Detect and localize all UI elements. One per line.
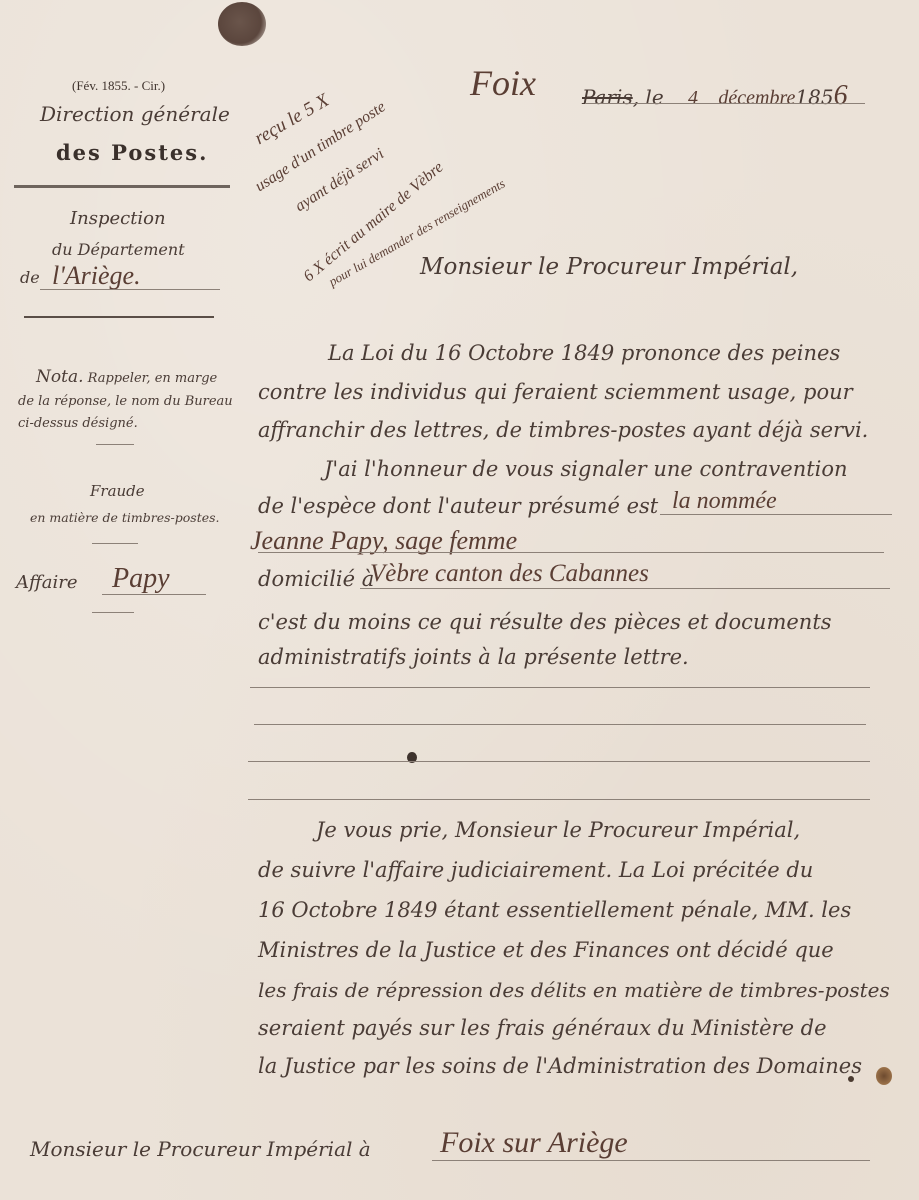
dateline: Paris, le 4 décembre1856	[582, 80, 848, 112]
body-p2-l6: administratifs joints à la présente lett…	[258, 645, 689, 669]
nota-divider	[96, 444, 134, 445]
nota-text-1: Rappeler, en marge	[88, 371, 218, 386]
nota-line1: Nota. Rappeler, en marge	[36, 367, 217, 387]
fraude-subtitle: en matière de timbres-postes.	[30, 510, 220, 525]
dateline-place-struck: Paris	[582, 85, 633, 109]
footer-underline	[432, 1160, 870, 1161]
inspection-label: Inspection	[70, 208, 166, 229]
body-p2-l2-underline	[660, 514, 892, 515]
blank-line-1	[250, 687, 870, 688]
dateline-le: , le	[633, 85, 664, 109]
salutation: Monsieur le Procureur Impérial,	[420, 254, 798, 280]
ink-stain-bottom	[876, 1067, 892, 1085]
blank-line-4	[248, 799, 870, 800]
body-p2-l2-hand: la nommée	[672, 488, 777, 515]
departement-divider	[24, 316, 214, 318]
nota-line2: de la réponse, le nom du Bureau	[18, 394, 233, 409]
departement-underline	[40, 289, 220, 290]
dateline-day: 4	[688, 87, 698, 109]
body-p2-l1: J'ai l'honneur de vous signaler une cont…	[324, 457, 848, 481]
dateline-month: décembre	[718, 87, 795, 109]
body-p1-l3: affranchir des lettres, de timbres-poste…	[258, 418, 868, 442]
fraude-title: Fraude	[90, 482, 145, 500]
body-p2-l4-hand: Vèbre canton des Cabannes	[370, 560, 649, 588]
body-p3-l2: de suivre l'affaire judiciairement. La L…	[258, 858, 813, 882]
fraude-divider	[92, 543, 138, 544]
ink-stain-top	[218, 2, 266, 46]
departement-de: de	[20, 268, 40, 287]
departement-name: l'Ariège.	[52, 261, 141, 291]
direction-generale: Direction générale	[40, 102, 230, 126]
dateline-year-hand: 6	[834, 80, 848, 111]
dateline-year-printed: 185	[795, 85, 833, 109]
body-p2-l4-underline	[360, 588, 890, 589]
affaire-underline	[102, 594, 206, 595]
nota-line3: ci-dessus désigné.	[18, 416, 138, 431]
body-p2-l3-underline	[258, 552, 884, 553]
departement-label: du Département	[52, 240, 185, 259]
blank-line-2	[254, 724, 866, 725]
nota-label: Nota.	[36, 367, 83, 387]
body-p2-l4-printed: domicilié à	[258, 567, 374, 591]
body-p1-l1: La Loi du 16 Octobre 1849 prononce des p…	[328, 341, 840, 365]
affaire-label: Affaire	[16, 572, 78, 593]
affaire-name: Papy	[112, 563, 170, 595]
body-p2-l2-printed: de l'espèce dont l'auteur présumé est	[258, 494, 658, 518]
body-p3-l7: la Justice par les soins de l'Administra…	[258, 1054, 862, 1078]
footer-addressee-printed: Monsieur le Procureur Impérial à	[30, 1137, 371, 1161]
blank-line-3	[248, 761, 870, 762]
body-p2-l5: c'est du moins ce qui résulte des pièces…	[258, 610, 832, 634]
letter-page: (Fév. 1855. - Cir.) Direction générale d…	[0, 0, 919, 1200]
body-p3-l6: seraient payés sur les frais généraux du…	[258, 1016, 827, 1040]
footer-addressee-hand: Foix sur Ariège	[440, 1126, 628, 1160]
form-code: (Fév. 1855. - Cir.)	[72, 78, 165, 94]
header-divider	[14, 185, 230, 188]
body-p3-l4: Ministres de la Justice et des Finances …	[258, 938, 834, 962]
body-p1-l2: contre les individus qui feraient sciemm…	[258, 380, 853, 404]
dateline-underline	[585, 103, 865, 104]
body-p3-l1: Je vous prie, Monsieur le Procureur Impé…	[316, 818, 800, 842]
affaire-divider	[92, 612, 134, 613]
body-p3-l3: 16 Octobre 1849 étant essentiellement pé…	[258, 898, 851, 922]
body-p3-l5: les frais de répression des délits en ma…	[258, 978, 890, 1002]
des-postes-title: des Postes.	[56, 140, 208, 165]
dateline-town: Foix	[470, 62, 536, 104]
